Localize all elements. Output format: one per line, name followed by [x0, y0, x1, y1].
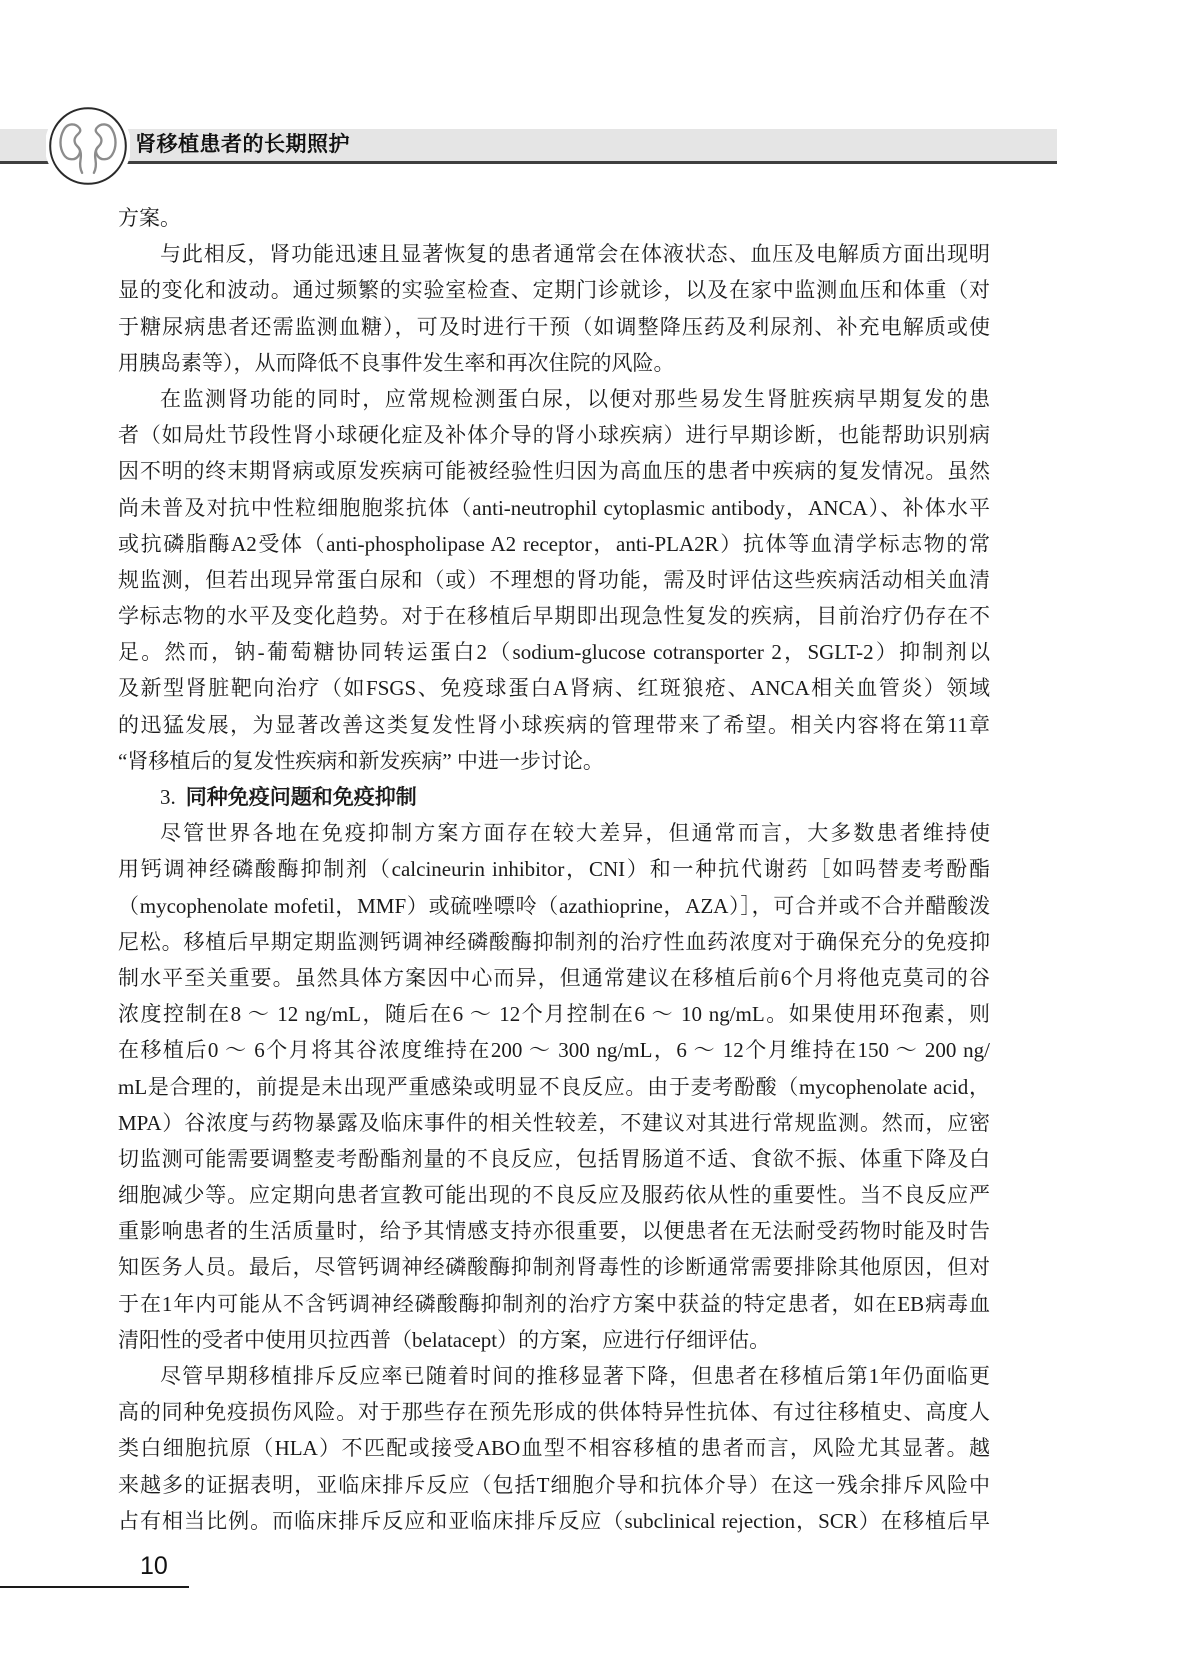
text-line: 用胰岛素等），从而降低不良事件发生率和再次住院的风险。 [118, 345, 990, 381]
text-line: 尽管早期移植排斥反应率已随着时间的推移显著下降，但患者在移植后第1年仍面临更 [118, 1358, 990, 1394]
text-line: 足。然而，钠-葡萄糖协同转运蛋白2（sodium-glucose cotrans… [118, 634, 990, 670]
text-line: 在移植后0 ～ 6个月将其谷浓度维持在200 ～ 300 ng/mL，6 ～ 1… [118, 1032, 990, 1068]
text-line: 占有相当比例。而临床排斥反应和亚临床排斥反应（subclinical rejec… [118, 1503, 990, 1539]
chapter-title: 肾移植患者的长期照护 [135, 129, 350, 161]
text-line: 于糖尿病患者还需监测血糖），可及时进行干预（如调整降压药及利尿剂、补充电解质或使 [118, 309, 990, 345]
text-line: 尚未普及对抗中性粒细胞胞浆抗体（anti-neutrophil cytoplas… [118, 490, 990, 526]
text-line: 知医务人员。最后，尽管钙调神经磷酸酶抑制剂肾毒性的诊断通常需要排除其他原因，但对 [118, 1249, 990, 1285]
text-line: “肾移植后的复发性疾病和新发疾病” 中进一步讨论。 [118, 743, 990, 779]
text-line: mL是合理的，前提是未出现严重感染或明显不良反应。由于麦考酚酸（mycophen… [118, 1069, 990, 1105]
text-line: 显的变化和波动。通过频繁的实验室检查、定期门诊就诊，以及在家中监测血压和体重（对 [118, 272, 990, 308]
text-line: 用钙调神经磷酸酶抑制剂（calcineurin inhibitor，CNI）和一… [118, 851, 990, 887]
text-line: 切监测可能需要调整麦考酚酯剂量的不良反应，包括胃肠道不适、食欲不振、体重下降及白 [118, 1141, 990, 1177]
text-line: 因不明的终末期肾病或原发疾病可能被经验性归因为高血压的患者中疾病的复发情况。虽然 [118, 453, 990, 489]
text-line: 与此相反，肾功能迅速且显著恢复的患者通常会在体液状态、血压及电解质方面出现明 [118, 236, 990, 272]
text-line: 尽管世界各地在免疫抑制方案方面存在较大差异，但通常而言，大多数患者维持使 [118, 815, 990, 851]
text-line: 于在1年内可能从不含钙调神经磷酸酶抑制剂的治疗方案中获益的特定患者，如在EB病毒… [118, 1286, 990, 1322]
book-page: { "header": { "title": "肾移植患者的长期照护", "ic… [0, 0, 1200, 1671]
text-line: 学标志物的水平及变化趋势。对于在移植后早期即出现急性复发的疾病，目前治疗仍存在不 [118, 598, 990, 634]
text-line: 清阳性的受者中使用贝拉西普（belatacept）的方案，应进行仔细评估。 [118, 1322, 990, 1358]
text-line: 制水平至关重要。虽然具体方案因中心而异，但通常建议在移植后前6个月将他克莫司的谷 [118, 960, 990, 996]
text-line: 高的同种免疫损伤风险。对于那些存在预先形成的供体特异性抗体、有过往移植史、高度人 [118, 1394, 990, 1430]
header-band: 肾移植患者的长期照护 [0, 129, 1057, 164]
footer-rule [0, 1586, 189, 1588]
text-line: 的迅猛发展，为显著改善这类复发性肾小球疾病的管理带来了希望。相关内容将在第11章 [118, 707, 990, 743]
section-heading: 3.同种免疫问题和免疫抑制 [118, 779, 990, 815]
page-number: 10 [140, 1553, 168, 1579]
text-line: 重影响患者的生活质量时，给予其情感支持亦很重要，以便患者在无法耐受药物时能及时告 [118, 1213, 990, 1249]
text-line: MPA）谷浓度与药物暴露及临床事件的相关性较差，不建议对其进行常规监测。然而，应… [118, 1105, 990, 1141]
text-line: 及新型肾脏靶向治疗（如FSGS、免疫球蛋白A肾病、红斑狼疮、ANCA相关血管炎）… [118, 670, 990, 706]
text-line: 浓度控制在8 ～ 12 ng/mL，随后在6 ～ 12个月控制在6 ～ 10 n… [118, 996, 990, 1032]
text-line: （mycophenolate mofetil，MMF）或硫唑嘌呤（azathio… [118, 888, 990, 924]
text-line: 细胞减少等。应定期向患者宣教可能出现的不良反应及服药依从性的重要性。当不良反应严 [118, 1177, 990, 1213]
kidneys-icon [46, 104, 130, 188]
heading-number: 3. [160, 785, 186, 809]
text-line: 在监测肾功能的同时，应常规检测蛋白尿，以便对那些易发生肾脏疾病早期复发的患 [118, 381, 990, 417]
text-line: 类白细胞抗原（HLA）不匹配或接受ABO血型不相容移植的患者而言，风险尤其显著。… [118, 1430, 990, 1466]
body-text: 方案。与此相反，肾功能迅速且显著恢复的患者通常会在体液状态、血压及电解质方面出现… [118, 200, 990, 1539]
text-line: 方案。 [118, 200, 990, 236]
text-line: 规监测，但若出现异常蛋白尿和（或）不理想的肾功能，需及时评估这些疾病活动相关血清 [118, 562, 990, 598]
text-line: 尼松。移植后早期定期监测钙调神经磷酸酶抑制剂的治疗性血药浓度对于确保充分的免疫抑 [118, 924, 990, 960]
text-line: 者（如局灶节段性肾小球硬化症及补体介导的肾小球疾病）进行早期诊断，也能帮助识别病 [118, 417, 990, 453]
text-line: 来越多的证据表明，亚临床排斥反应（包括T细胞介导和抗体介导）在这一残余排斥风险中 [118, 1467, 990, 1503]
heading-text: 同种免疫问题和免疫抑制 [186, 786, 417, 809]
text-line: 或抗磷脂酶A2受体（anti-phospholipase A2 receptor… [118, 526, 990, 562]
